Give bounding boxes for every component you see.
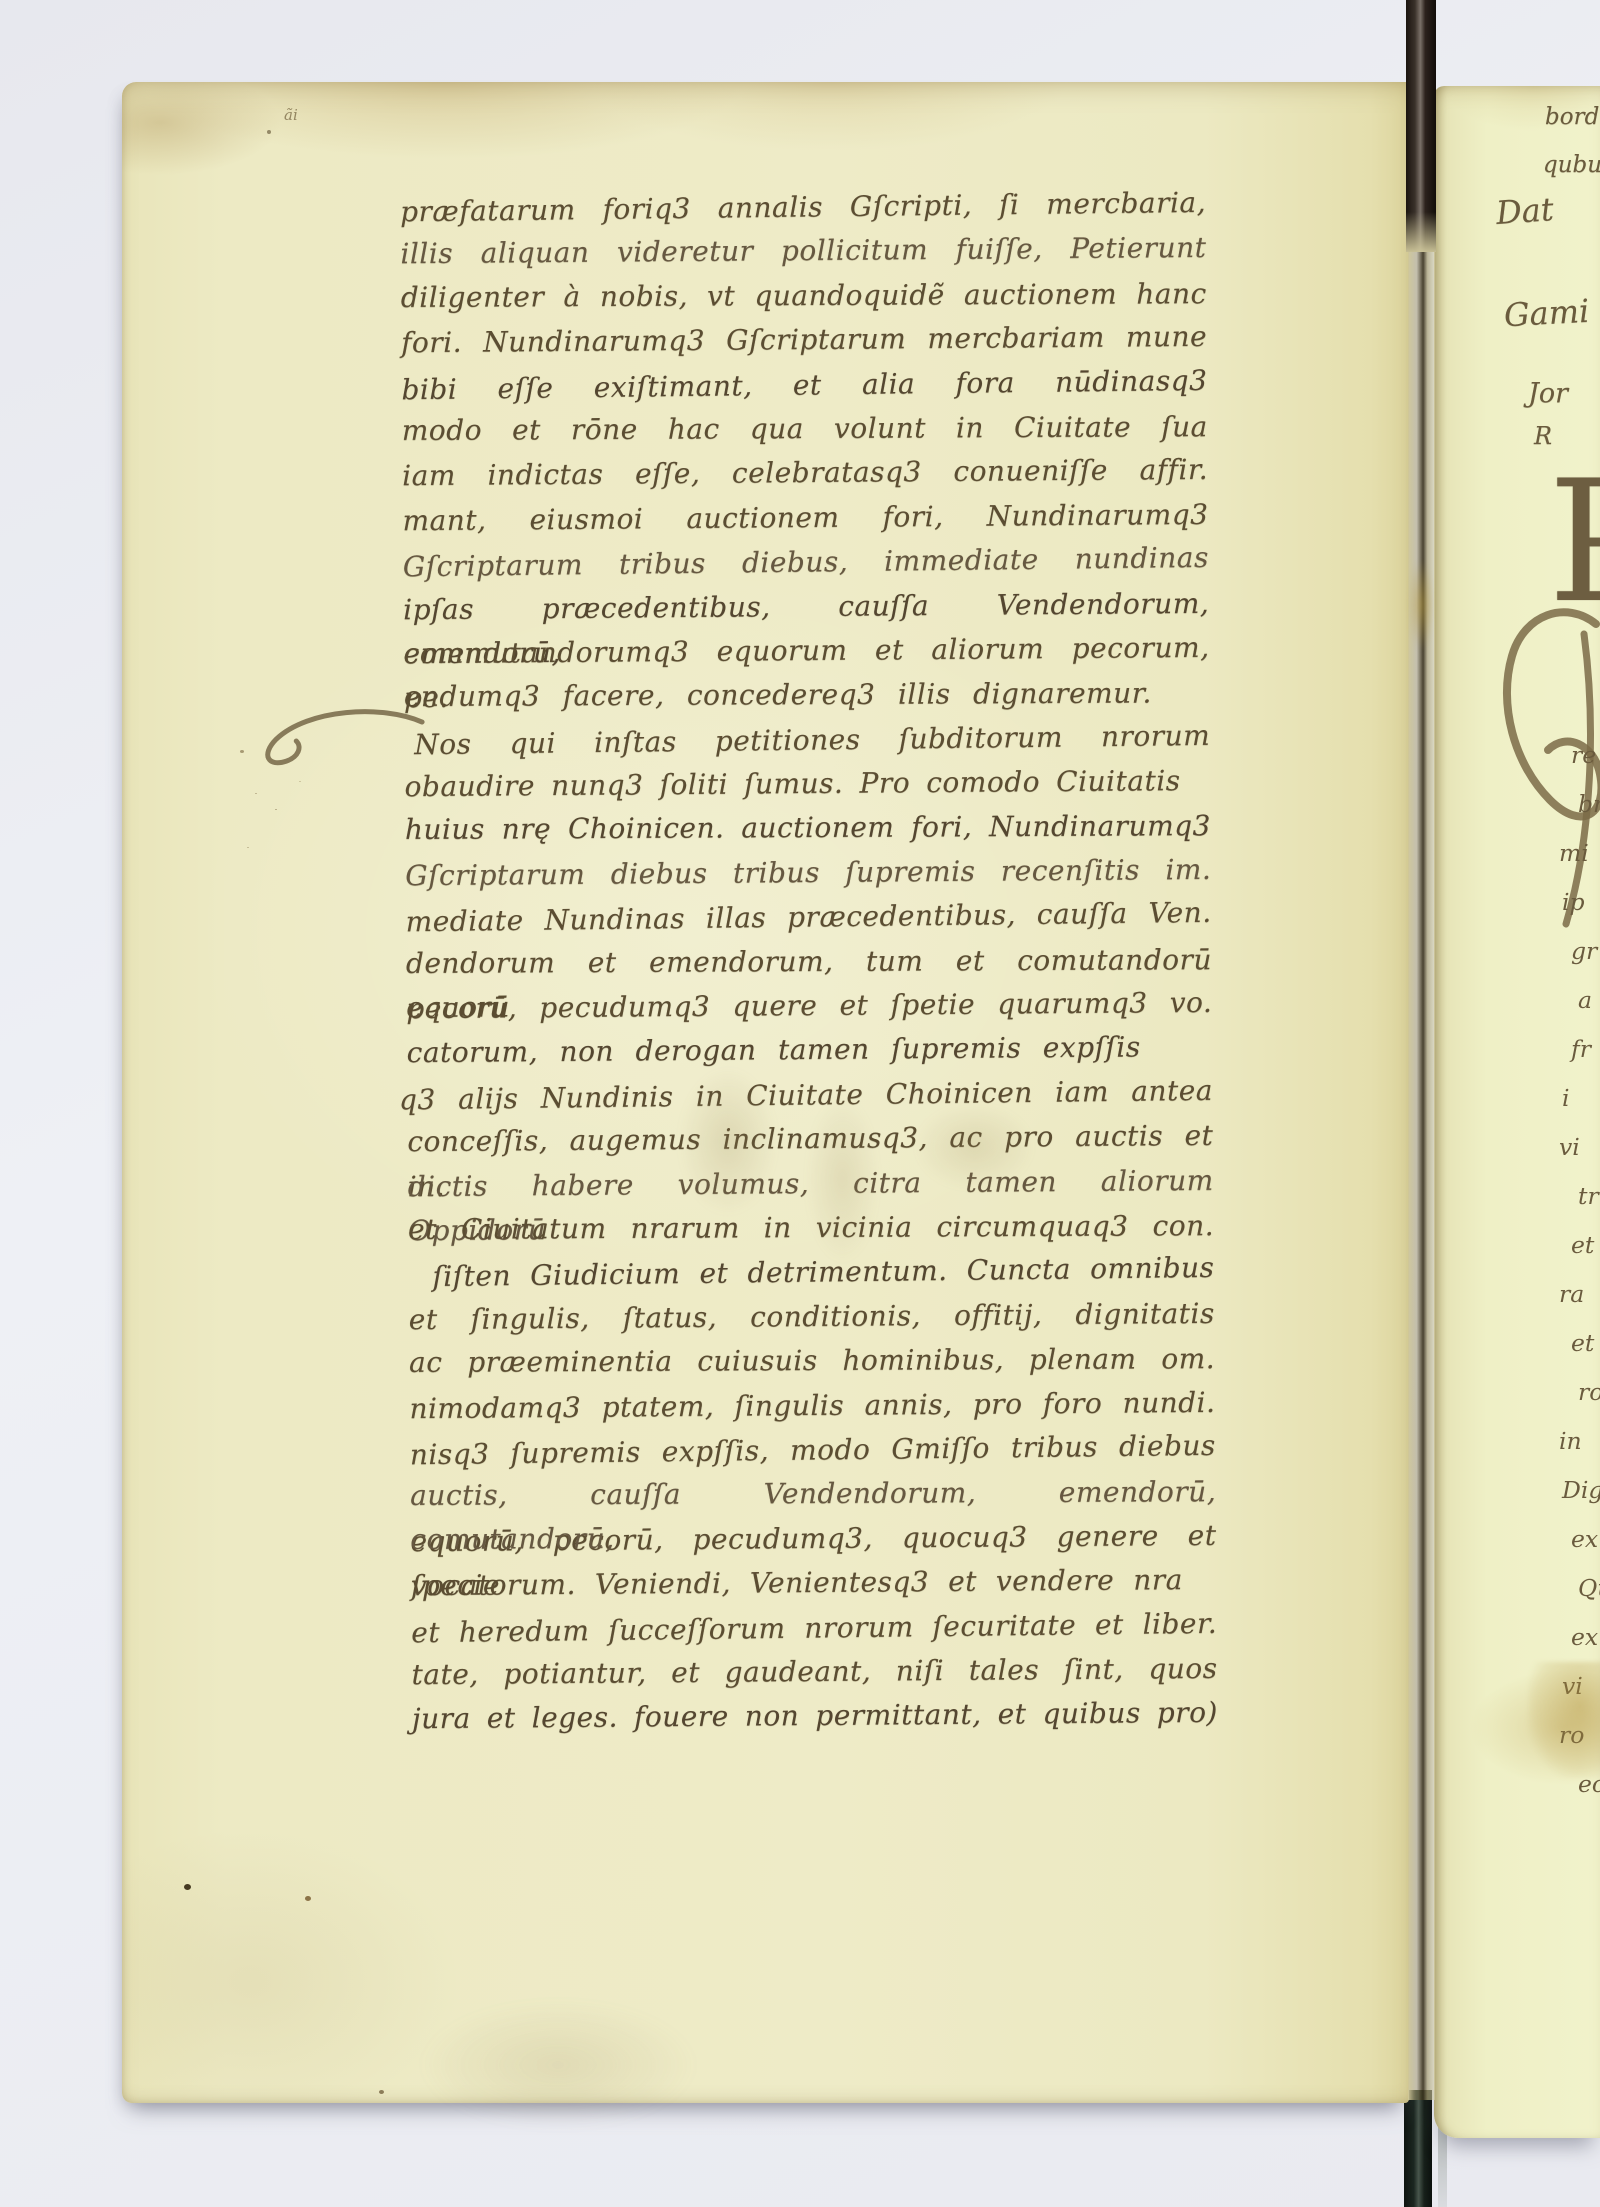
paper-stain <box>1528 1662 1600 1778</box>
manuscript-line: dendorum et emendorum, tum et comutandor… <box>406 938 1212 986</box>
manuscript-line: iam indictas eſſe, celebratasq3 conueniſ… <box>402 448 1208 499</box>
ink-speck <box>184 1884 191 1890</box>
text-fragment: et <box>1571 1319 1600 1368</box>
gutter-stain <box>1408 560 1434 650</box>
text-fragment: in <box>1559 1417 1600 1466</box>
manuscript-line: jura et leges. fouere non permittant, et… <box>412 1691 1218 1742</box>
manuscript-line: huius nrę Choinicen. auctionem fori, Nun… <box>405 805 1211 853</box>
manuscript-right-page: bord qubu Dat Gami Jor R P re br mi ip g… <box>1434 86 1600 2138</box>
manuscript-line: obaudire nunq3 ſoliti ſumus. Pro comodo … <box>404 759 1180 809</box>
text-fragment: et <box>1571 1221 1600 1270</box>
manuscript-line: Nos qui inſtas petitiones ſubditorum nro… <box>414 714 1210 768</box>
manuscript-text-block: præfatarum foriq3 annalis Gſcripti, ſi m… <box>400 182 1218 1742</box>
manuscript-line: commutandorumq3 equorum et aliorum pecor… <box>403 626 1209 677</box>
line-beginnings-column: re br mi ip gr a fr i vi tr et ra et ro … <box>1562 731 1600 1809</box>
manuscript-line: et heredum ſucceſſorum nrorum ſecuritate… <box>411 1601 1217 1655</box>
text-fragment: vi <box>1559 1123 1600 1172</box>
manuscript-line: auctis, cauſſa Vendendorum, emendorū, co… <box>410 1470 1216 1518</box>
text-fragment: i <box>1562 1074 1600 1123</box>
marginal-mark: ãi <box>284 106 298 124</box>
manuscript-line: modo et rōne hac qua volunt in Ciuitate … <box>402 405 1208 453</box>
manuscript-line: præfatarum foriq3 annalis Gſcripti, ſi m… <box>400 181 1206 235</box>
text-fragment: Jor <box>1528 378 1568 409</box>
manuscript-line: et ſingulis, ſtatus, conditionis, offiti… <box>409 1292 1215 1343</box>
text-fragment: ro <box>1578 1368 1600 1417</box>
text-fragment: re <box>1571 731 1600 780</box>
text-fragment: fr <box>1571 1025 1600 1074</box>
manuscript-line: diligenter à nobis, vt quandoquidẽ aucti… <box>401 272 1207 320</box>
text-fragment: qubu <box>1543 152 1600 178</box>
manuscript-line: nimodamq3 ptatem, ſingulis annis, pro fo… <box>409 1380 1215 1431</box>
capital-letter-p: P <box>1548 458 1600 626</box>
manuscript-line: endumq3 facere, concedereq3 illis dignar… <box>404 672 1152 720</box>
book-cradle-rod-bottom <box>1404 2090 1432 2207</box>
manuscript-line: bibi eſſe exiſtimant, et alia fora nūdin… <box>401 358 1207 412</box>
calligraphic-swash <box>252 708 427 771</box>
manuscript-line: tate, potiantur, et gaudeant, niſi tales… <box>411 1647 1217 1698</box>
text-fragment: ip <box>1562 878 1600 927</box>
text-fragment: bord <box>1545 104 1599 130</box>
text-fragment: ra <box>1559 1270 1600 1319</box>
ink-speck <box>267 130 271 134</box>
ink-bleedthrough <box>418 2000 698 2130</box>
book-cradle-rod-top <box>1406 0 1436 252</box>
text-fragment: Gami <box>1503 292 1590 334</box>
manuscript-left-page: ãi præfatarum foriq3 annalis Gſcripti, ſ… <box>122 82 1409 2103</box>
manuscript-line: pecorū, pecudumq3 quere et ſpetie quarum… <box>406 981 1212 1032</box>
ink-bleedthrough <box>640 1028 1080 1298</box>
text-fragment: ex <box>1571 1613 1600 1662</box>
text-fragment: Qu <box>1578 1564 1600 1613</box>
page-gutter-crease <box>1408 235 1435 2100</box>
manuscript-line: fori. Nundinarumq3 Gſcriptarum mercbaria… <box>401 315 1207 366</box>
ink-speck <box>379 2090 384 2094</box>
manuscript-line: nisq3 ſupremis expſſis, modo Gmiſſo trib… <box>410 1424 1216 1478</box>
manuscript-line: vocatorum. Veniendi, Venientesq3 et vend… <box>411 1558 1183 1608</box>
manuscript-line: mant, eiusmoi auctionem fori, Nundinarum… <box>402 493 1208 544</box>
manuscript-line: ipſas præcedentibus, cauſſa Vendendorum,… <box>403 581 1209 632</box>
ink-speck <box>240 750 244 753</box>
text-fragment: Dat <box>1495 190 1555 232</box>
ink-speck <box>305 1896 311 1901</box>
text-fragment: gr <box>1571 927 1600 976</box>
text-fragment: br <box>1578 780 1600 829</box>
manuscript-line: mediate Nundinas illas præcedentibus, ca… <box>405 891 1211 945</box>
text-fragment: a <box>1578 976 1600 1025</box>
text-fragment: ex <box>1571 1515 1600 1564</box>
rod-reflection <box>1438 2126 1447 2207</box>
manuscript-line: ac præeminentia cuiusuis hominibus, plen… <box>409 1337 1215 1385</box>
manuscript-line: illis aliquan videretur pollicitum fuiſſ… <box>400 226 1206 277</box>
text-fragment: Dig <box>1562 1466 1600 1515</box>
manuscript-line: Gſcriptarum diebus tribus ſupremis recen… <box>405 848 1211 899</box>
text-fragment: mi <box>1559 829 1600 878</box>
text-fragment: tr <box>1578 1172 1600 1221</box>
